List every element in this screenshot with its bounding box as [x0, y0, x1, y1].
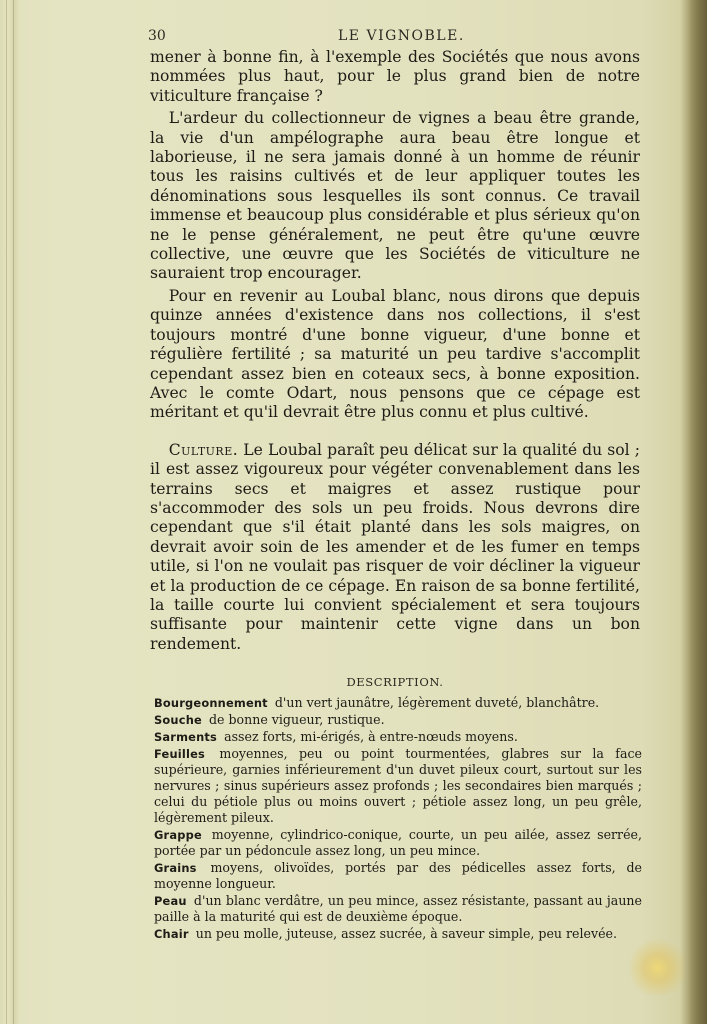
description-list: Bourgeonnement d'un vert jaunâtre, légèr… [154, 695, 642, 942]
culture-text: Le Loubal paraît peu délicat sur la qual… [150, 441, 640, 653]
light-glare [630, 935, 685, 995]
description-item: Grappe moyenne, cylindrico-conique, cour… [154, 827, 642, 859]
description-text: de bonne vigueur, rustique. [209, 712, 385, 727]
binding-line [6, 0, 7, 1024]
description-item: Grains moyens, olivoïdes, portés par des… [154, 860, 642, 892]
running-title: LE VIGNOBLE. [338, 28, 465, 44]
description-term: Souche [154, 713, 202, 727]
description-item: Feuilles moyennes, peu ou point tourment… [154, 746, 642, 826]
description-item: Sarments assez forts, mi-érigés, à entre… [154, 729, 642, 745]
description-text: assez forts, mi-érigés, à entre-nœuds mo… [224, 729, 518, 744]
description-term: Grappe [154, 828, 202, 842]
description-item: Peau d'un blanc verdâtre, un peu mince, … [154, 893, 642, 925]
main-text: mener à bonne fin, à l'exemple des Socié… [150, 48, 640, 654]
description-term: Sarments [154, 730, 217, 744]
page-body: 30 LE VIGNOBLE. mener à bonne fin, à l'e… [150, 24, 640, 943]
paragraph: mener à bonne fin, à l'exemple des Socié… [150, 48, 640, 106]
description-term: Feuilles [154, 747, 205, 761]
description-term: Chair [154, 927, 189, 941]
description-text: moyennes, peu ou point tourmentées, glab… [154, 746, 642, 825]
description-text: un peu molle, juteuse, assez sucrée, à s… [196, 926, 617, 941]
description-item: Chair un peu molle, juteuse, assez sucré… [154, 926, 642, 942]
description-item: Souche de bonne vigueur, rustique. [154, 712, 642, 728]
description-item: Bourgeonnement d'un vert jaunâtre, légèr… [154, 695, 642, 711]
description-text: moyens, olivoïdes, portés par des pédice… [154, 860, 642, 891]
scanned-book-page: 30 LE VIGNOBLE. mener à bonne fin, à l'e… [0, 0, 707, 1024]
description-text: d'un blanc verdâtre, un peu mince, assez… [154, 893, 642, 924]
description-term: Peau [154, 894, 187, 908]
page-number: 30 [148, 28, 166, 44]
description-heading: DESCRIPTION. [150, 675, 640, 689]
description-term: Bourgeonnement [154, 696, 268, 710]
page-edge-shadow [689, 0, 707, 1024]
paragraph: Pour en revenir au Loubal blanc, nous di… [150, 287, 640, 423]
description-text: d'un vert jaunâtre, légèrement duveté, b… [275, 695, 599, 710]
paragraph: L'ardeur du collectionneur de vignes a b… [150, 109, 640, 284]
binding-line [13, 0, 14, 1024]
description-term: Grains [154, 861, 197, 875]
culture-paragraph: Culture. Le Loubal paraît peu délicat su… [150, 441, 640, 654]
running-head: 30 LE VIGNOBLE. [150, 24, 640, 48]
description-text: moyenne, cylindrico-conique, courte, un … [154, 827, 642, 858]
culture-label: Culture. [169, 441, 239, 459]
